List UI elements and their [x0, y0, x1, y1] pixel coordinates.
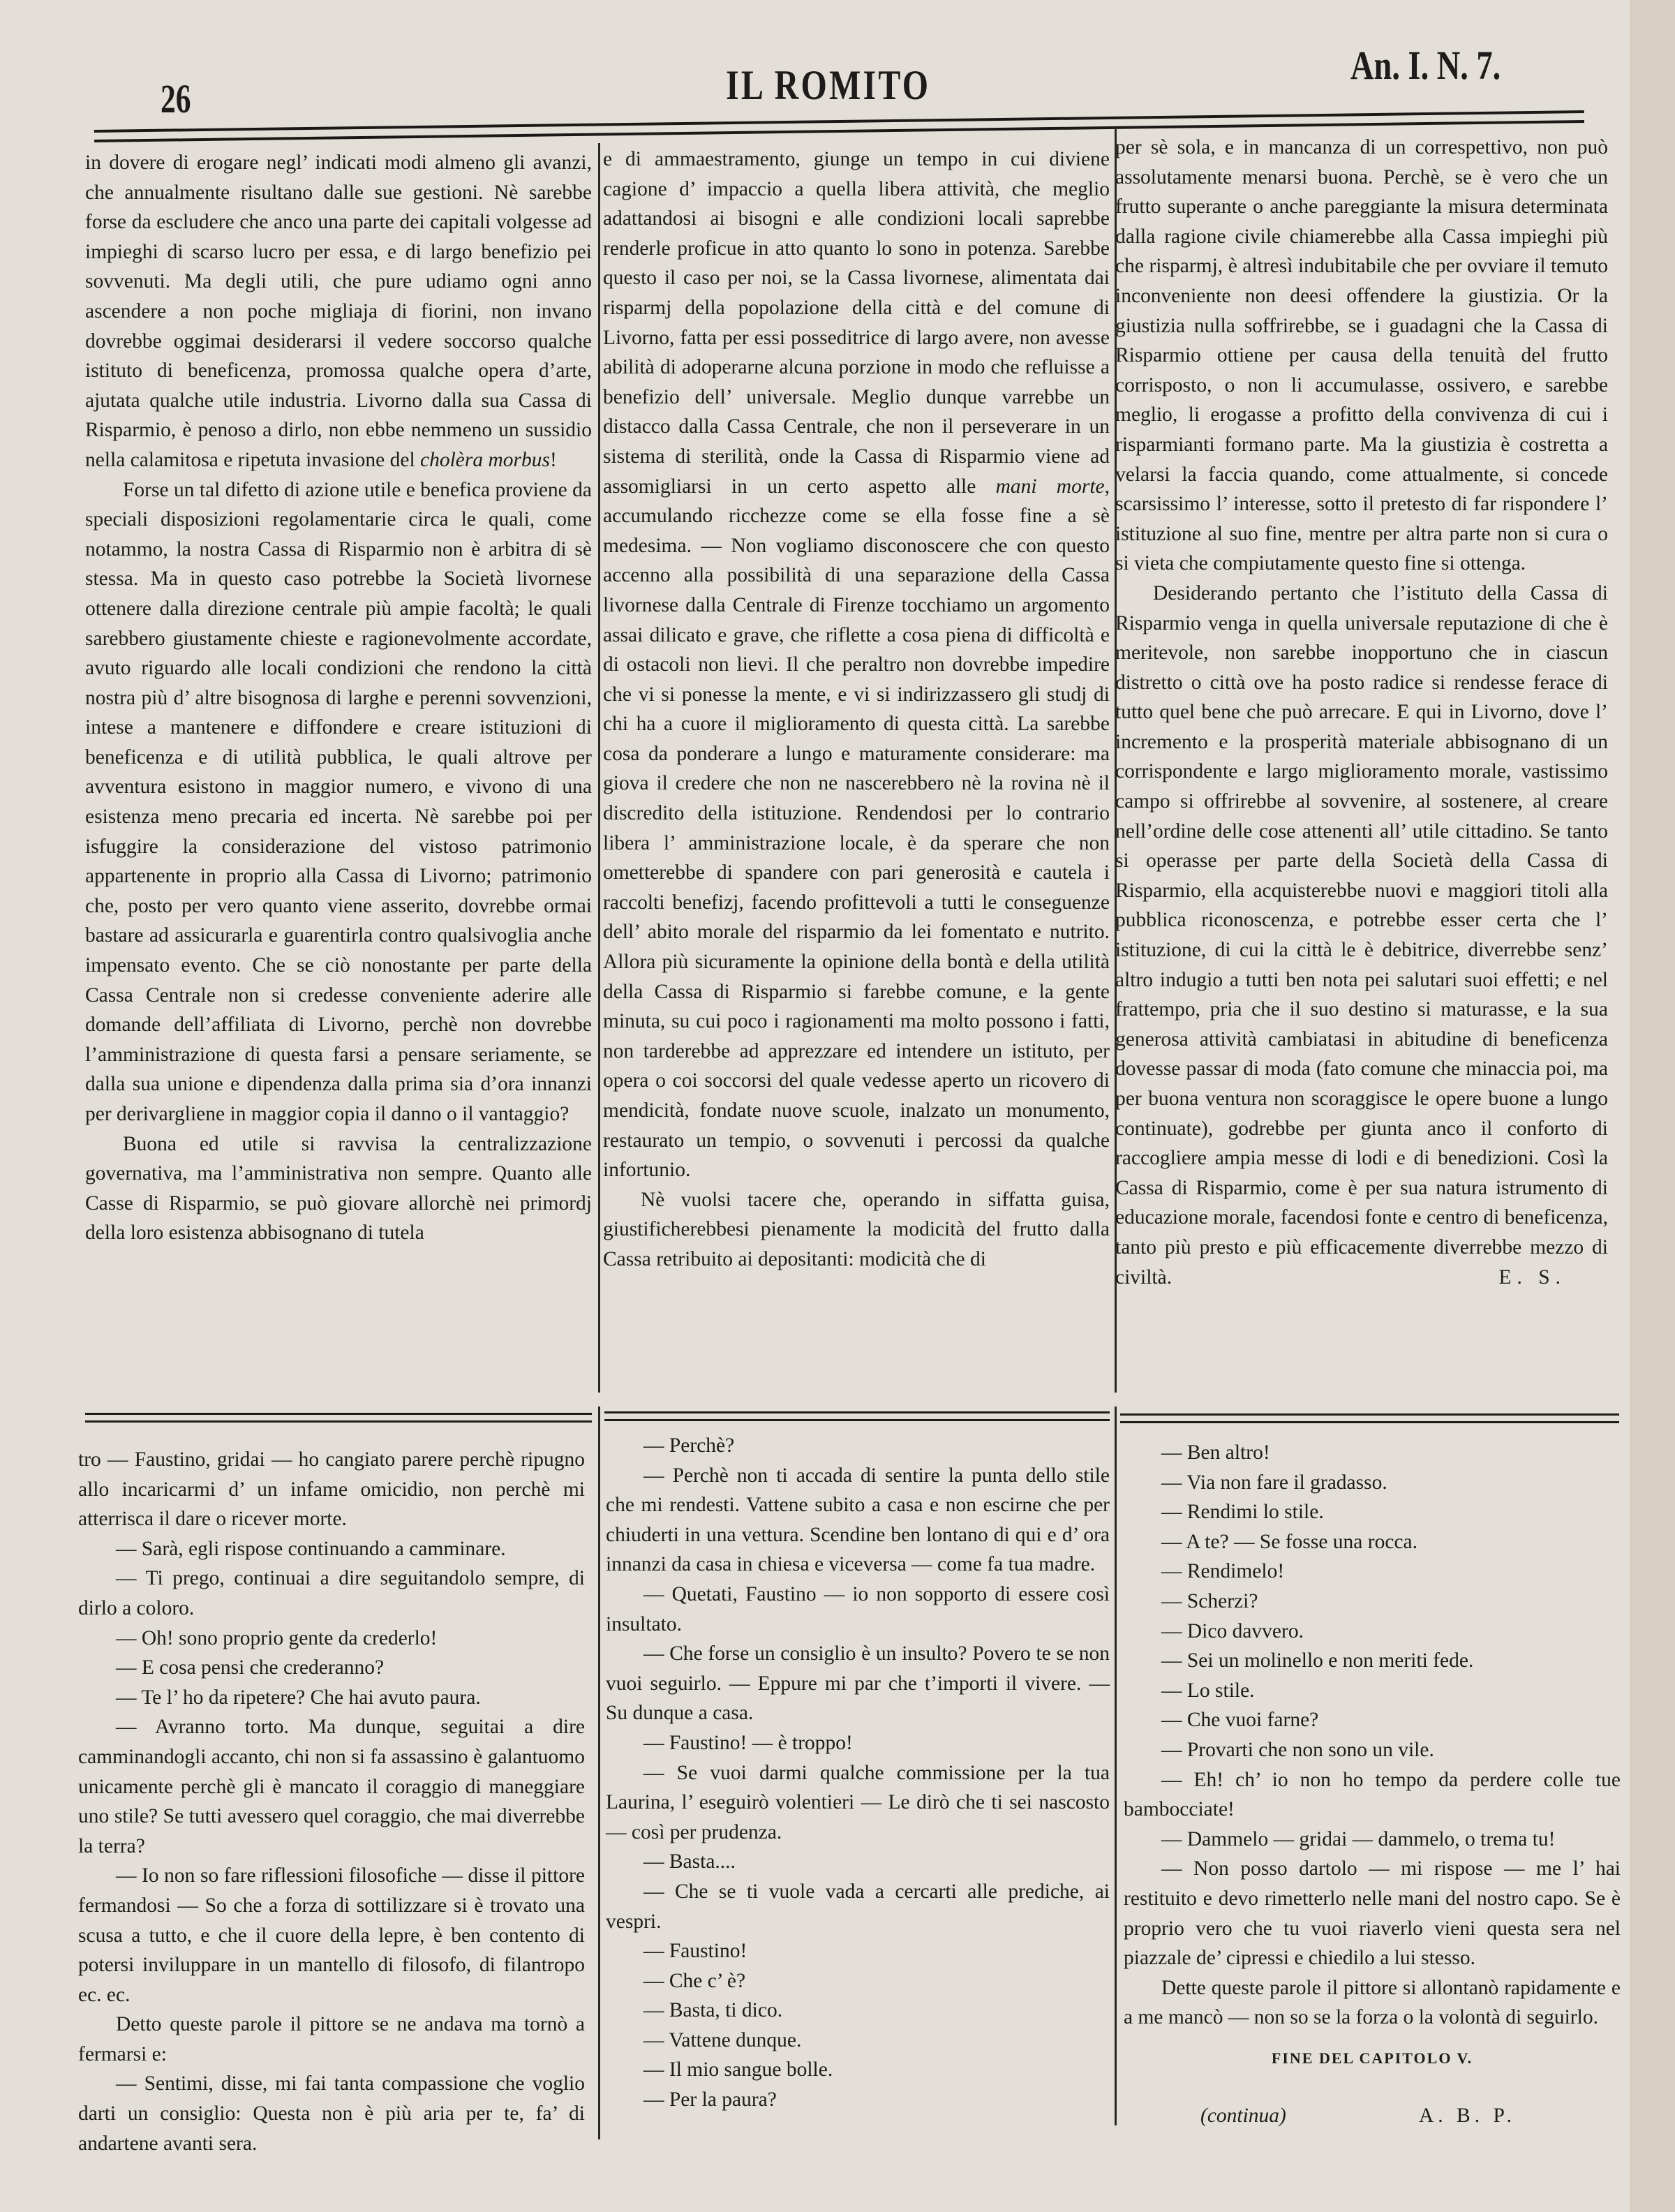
dialog-line: — Provarti che non sono un vile. [1124, 1735, 1621, 1765]
dialog-line: — Perchè? [606, 1431, 1110, 1461]
dialog-line: — Quetati, Faustino — io non sopporto di… [606, 1580, 1110, 1639]
newspaper-title: IL ROMITO [726, 61, 930, 110]
dialog-line: — Ben altro! [1124, 1438, 1621, 1468]
article-column-1: in dovere di erogare negl’ indicati modi… [85, 148, 592, 1248]
feuilleton-column-3: — Ben altro! — Via non fare il gradasso.… [1124, 1438, 1621, 2131]
page-number: 26 [161, 75, 191, 122]
paragraph: tro — Faustino, gridai — ho cangiato par… [78, 1445, 585, 1534]
paragraph: Forse un tal difetto di azione utile e b… [85, 475, 592, 1129]
dialog-line: — Eh! ch’ io non ho tempo da perdere col… [1124, 1765, 1621, 1825]
dialog-line: — Se vuoi darmi qualche commissione per … [606, 1758, 1110, 1848]
italic-term: cholèra morbus [420, 449, 550, 471]
dialog-line: — A te? — Se fosse una rocca. [1124, 1527, 1621, 1557]
column-divider [598, 143, 600, 1393]
issue-number: An. I. N. 7. [1350, 42, 1501, 89]
dialog-line: — Io non so fare riflessioni filosofiche… [78, 1861, 585, 2010]
paragraph: Nè vuolsi tacere che, operando in siffat… [603, 1185, 1110, 1275]
paragraph: Detto queste parole il pittore se ne and… [78, 2010, 585, 2069]
dialog-line: — Sarà, egli rispose continuando a cammi… [78, 1534, 585, 1564]
dialog-line: — Faustino! — è troppo! [606, 1728, 1110, 1758]
dialog-line: — Che forse un consiglio è un insulto? P… [606, 1639, 1110, 1728]
paragraph: in dovere di erogare negl’ indicati modi… [85, 148, 592, 475]
dialog-line: — Via non fare il gradasso. [1124, 1468, 1621, 1498]
dialog-line: — Vattene dunque. [606, 2026, 1110, 2056]
dialog-line: — Che se ti vuole vada a cercarti alle p… [606, 1877, 1110, 1936]
dialog-line: — Che c’ è? [606, 1966, 1110, 1996]
column-divider [598, 1406, 600, 2139]
dialog-line: — Avranno torto. Ma dunque, seguitai a d… [78, 1712, 585, 1861]
feuilleton-column-1: tro — Faustino, gridai — ho cangiato par… [78, 1445, 585, 2158]
dialog-line: — Te l’ ho da ripetere? Che hai avuto pa… [78, 1683, 585, 1713]
dialog-line: — Oh! sono proprio gente da crederlo! [78, 1624, 585, 1654]
dialog-line: — E cosa pensi che crederanno? [78, 1653, 585, 1683]
dialog-line: — Ti prego, continuai a dire seguitandol… [78, 1564, 585, 1623]
chapter-end-label: FINE DEL CAPITOLO V. [1124, 2044, 1621, 2074]
continuation-row: (continua) A. B. P. [1124, 2101, 1621, 2131]
dialog-line: — Faustino! [606, 1936, 1110, 1966]
article-column-2: e di ammaestramento, giunge un tempo in … [603, 144, 1110, 1275]
feuilleton-column-2: — Perchè? — Perchè non ti accada di sent… [606, 1431, 1110, 2115]
column-divider [1115, 1406, 1117, 2125]
dialog-line: — Perchè non ti accada di sentire la pun… [606, 1461, 1110, 1580]
dialog-line: — Lo stile. [1124, 1676, 1621, 1706]
continued-label: (continua) [1200, 2101, 1286, 2131]
paragraph: e di ammaestramento, giunge un tempo in … [603, 144, 1110, 1185]
dialog-line: — Per la paura? [606, 2085, 1110, 2115]
article-column-3: per sè sola, e in mancanza di un corresp… [1115, 133, 1608, 1292]
page-edge [1630, 0, 1675, 2212]
dialog-line: — Non posso dartolo — mi rispose — me l’… [1124, 1854, 1621, 1973]
paragraph: Desiderando pertanto che l’istituto dell… [1115, 579, 1608, 1292]
dialog-line: — Sei un molinello e non meriti fede. [1124, 1646, 1621, 1676]
italic-term: mani morte [996, 475, 1105, 498]
dialog-line: — Dico davvero. [1124, 1617, 1621, 1647]
section-rule [604, 1411, 1110, 1421]
paragraph: per sè sola, e in mancanza di un corresp… [1115, 133, 1608, 579]
author-signature: A. B. P. [1419, 2101, 1516, 2131]
article-signature: E. S. [1461, 1263, 1566, 1293]
dialog-line: — Il mio sangue bolle. [606, 2055, 1110, 2085]
dialog-line: — Rendimelo! [1124, 1557, 1621, 1587]
paragraph: Buona ed utile si ravvisa la centralizza… [85, 1129, 592, 1248]
section-rule [85, 1413, 592, 1423]
section-rule [1120, 1413, 1619, 1423]
dialog-line: — Basta.... [606, 1847, 1110, 1877]
dialog-line: — Dammelo — gridai — dammelo, o trema tu… [1124, 1825, 1621, 1855]
dialog-line: — Sentimi, disse, mi fai tanta compassio… [78, 2069, 585, 2158]
dialog-line: — Che vuoi farne? [1124, 1705, 1621, 1735]
paragraph: Dette queste parole il pittore si allont… [1124, 1973, 1621, 2033]
dialog-line: — Rendimi lo stile. [1124, 1497, 1621, 1527]
dialog-line: — Basta, ti dico. [606, 1996, 1110, 2026]
dialog-line: — Scherzi? [1124, 1587, 1621, 1617]
